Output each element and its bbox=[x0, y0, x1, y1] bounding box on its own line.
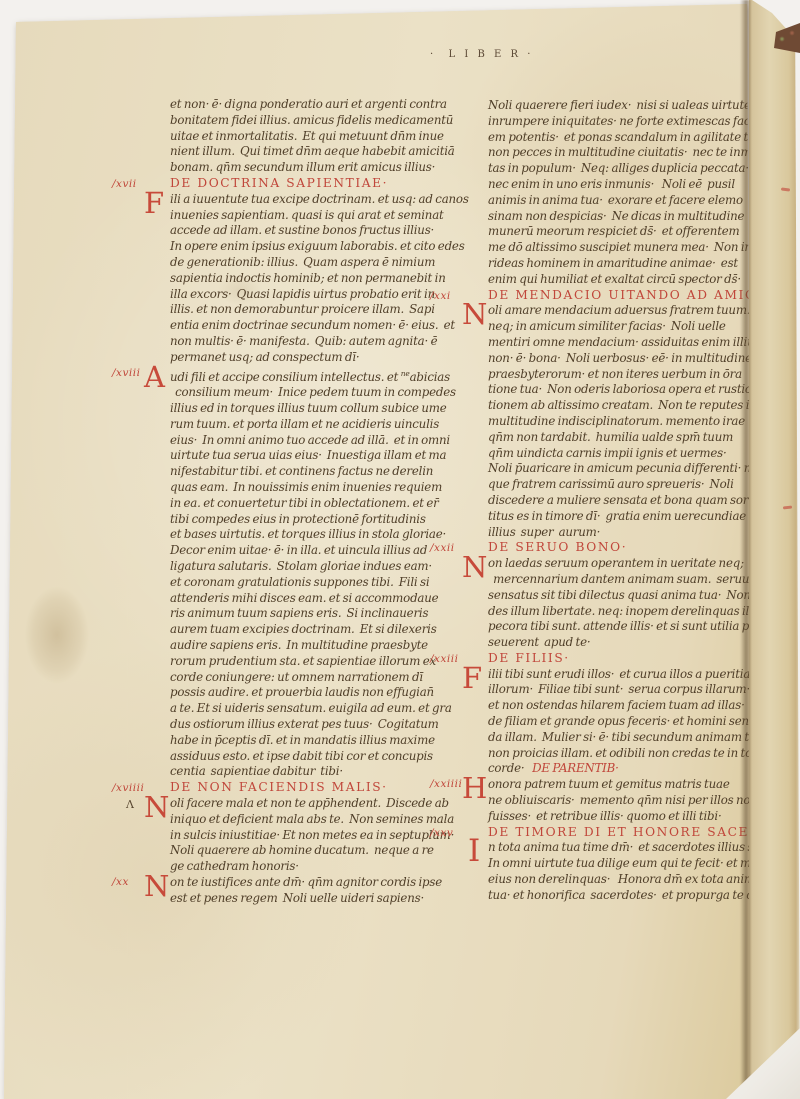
text-line: tas in populum· Neq: alliges duplicia pe… bbox=[488, 161, 758, 177]
text-line: qn̄m uindicta carnis impii ignis et uerm… bbox=[488, 446, 758, 462]
paragraph: Noli amare mendacium aduersus fratrem tu… bbox=[488, 303, 758, 540]
text-line: Decor enim uitae· ē· in illa. et uincula… bbox=[170, 543, 444, 559]
text-line: nient illum. Qui timet dn̄m aeque habebi… bbox=[170, 144, 444, 160]
text-line: eius non derelinquas· Honora dm̄ ex tota… bbox=[488, 872, 758, 888]
text-line: tibi compedes eius in protectionē fortit… bbox=[170, 512, 444, 528]
text-line: habe in p̄ceptis dī. et in mandatis illi… bbox=[170, 733, 444, 749]
margin-chapter-number: ∕xvii bbox=[112, 177, 137, 193]
text-line: illis. et non demorabuntur proicere illa… bbox=[170, 302, 444, 318]
margin-chapter-number: ∕xxv bbox=[430, 826, 453, 842]
text-line: de generationib: illius. Quam aspera ē n… bbox=[170, 255, 444, 271]
chapter-heading: ∕xviiiiDE NON FACIENDIS MALIS· bbox=[170, 780, 444, 796]
text-line: seuerent apud te· bbox=[488, 635, 758, 651]
margin-caret-mark: Λ bbox=[126, 798, 134, 811]
text-line: rideas hominem in amaritudine animae· es… bbox=[488, 256, 758, 272]
text-line: corde· DE PARENTIB· bbox=[488, 761, 758, 777]
paragraph: Noli quaerere fieri iudex· nisi si ualea… bbox=[488, 98, 758, 288]
text-line: non proicias illam. et odibili non creda… bbox=[488, 746, 758, 762]
text-line: n tota anima tua time dm̄· et sacerdotes… bbox=[488, 840, 758, 856]
text-line: et bases uirtutis. et torques illius in … bbox=[170, 527, 444, 543]
text-line: que fratrem carissimū auro spreueris· No… bbox=[488, 477, 758, 493]
text-line: bonam. qn̄m secundum illum erit amicus i… bbox=[170, 160, 444, 176]
drop-initial: F bbox=[144, 189, 164, 218]
running-header: · L I B E R · bbox=[430, 49, 533, 60]
chapter-heading: ∕xxiiiDE FILIIS· bbox=[488, 651, 758, 667]
paragraph: ∕xxNon te iustifices ante dm̄· qn̄m agni… bbox=[170, 875, 444, 907]
text-line: sinam non despicias· Ne dicas in multitu… bbox=[488, 209, 758, 225]
drop-initial: A bbox=[144, 363, 165, 392]
text-line: aurem tuam excipies doctrinam. Et si dil… bbox=[170, 622, 444, 638]
chapter-heading-text: DE FILIIS· bbox=[488, 651, 570, 665]
text-column-left: et non· ē· digna ponderatio auri et arge… bbox=[170, 97, 444, 907]
paragraph: ∕xviiiAudi fili et accipe consilium inte… bbox=[170, 366, 444, 781]
chapter-heading: ∕xxiDE MENDACIO UITANDO AD AMICUM· bbox=[488, 288, 758, 304]
margin-chapter-number: ∕xx bbox=[112, 876, 129, 888]
text-line: uitae et inmortalitatis. Et qui metuunt … bbox=[170, 129, 444, 145]
text-line: illius ed in torques illius tuum collum … bbox=[170, 401, 444, 417]
margin-chapter-number: ∕xxiiii bbox=[430, 778, 462, 790]
text-line: quas eam. In nouissimis enim inuenies re… bbox=[170, 480, 444, 496]
text-line: munerū meorum respiciet ds̄· et offerent… bbox=[488, 224, 758, 240]
text-line: me dō altissimo suscipiet munera mea· No… bbox=[488, 240, 758, 256]
text-line: entia enim doctrinae secundum nomen· ē· … bbox=[170, 318, 444, 334]
text-column-right: Noli quaerere fieri iudex· nisi si ualea… bbox=[488, 98, 758, 904]
text-line: bonitatem fidei illius. amicus fidelis m… bbox=[170, 113, 444, 129]
text-line: non pecces in multitudine ciuitatis· nec… bbox=[488, 145, 758, 161]
text-line: In omni uirtute tua dilige eum qui te fe… bbox=[488, 856, 758, 872]
text-line: mentiri omne mendacium· assiduitas enim … bbox=[488, 335, 758, 351]
text-line: ge cathedram honoris· bbox=[170, 859, 444, 875]
gutter-fold bbox=[740, 0, 751, 1099]
text-line: oli amare mendacium aduersus fratrem tuu… bbox=[488, 303, 758, 319]
text-line: ris animum tuum sapiens eris. Si inclina… bbox=[170, 606, 444, 622]
text-line: attenderis mihi disces eam. et si accomm… bbox=[170, 591, 444, 607]
text-line: permanet usq; ad conspectum dī· bbox=[170, 350, 444, 366]
drop-initial: N bbox=[462, 553, 487, 582]
text-line: de filiam et grande opus feceris· et hom… bbox=[488, 714, 758, 730]
paragraph: ∕xxiiiiHonora patrem tuum et gemitus mat… bbox=[488, 777, 758, 824]
text-line: et non ostendas hilarem faciem tuam ad i… bbox=[488, 698, 758, 714]
adjacent-page-edge bbox=[749, 0, 800, 1099]
text-line: possis audire. et prouerbia laudis non e… bbox=[170, 685, 444, 701]
text-line: accede ad illam. et sustine bonos fructu… bbox=[170, 223, 444, 239]
text-line: udi fili et accipe consilium intellectus… bbox=[170, 366, 444, 386]
text-line: praesbyterorum· et non iteres uerbum in … bbox=[488, 367, 758, 383]
text-line: on laedas seruum operantem in ueritate n… bbox=[488, 556, 758, 572]
text-line: Noli quaerere ab homine ducatum. neque a… bbox=[170, 843, 444, 859]
text-line: assiduus esto. et ipse dabit tibi cor et… bbox=[170, 749, 444, 765]
margin-chapter-number: ∕xxiii bbox=[430, 652, 458, 668]
drop-initial: H bbox=[462, 774, 487, 803]
text-line: nec enim in uno eris inmunis· Noli eē pu… bbox=[488, 177, 758, 193]
text-line: tionem ab altissimo creatam. Non te repu… bbox=[488, 398, 758, 414]
text-line: neq; in amicum similiter facias· Noli ue… bbox=[488, 319, 758, 335]
text-line: on te iustifices ante dm̄· qn̄m agnitor … bbox=[170, 875, 444, 891]
chapter-heading: ∕xxvDE TIMORE DI ET HONORE SACERDOTŪ bbox=[488, 825, 758, 841]
text-line: a te. Et si uideris sensatum. euigila ad… bbox=[170, 701, 444, 717]
text-line: enim qui humiliat et exaltat circū spect… bbox=[488, 272, 758, 288]
parchment-stain bbox=[14, 570, 100, 700]
margin-chapter-number: ∕xxii bbox=[430, 541, 455, 557]
text-line: illius super aurum· bbox=[488, 525, 758, 541]
interlinear-gloss: ne bbox=[401, 369, 410, 378]
paragraph: Fili a iuuentute tua excipe doctrinam. e… bbox=[170, 192, 444, 366]
text-line: tione tua· Non oderis laboriosa opera et… bbox=[488, 382, 758, 398]
text-line: non multis· ē· manifesta. Quib: autem ag… bbox=[170, 334, 444, 350]
margin-chapter-number: ∕xviiii bbox=[112, 781, 144, 797]
text-line: non· ē· bona· Noli uerbosus· eē· in mult… bbox=[488, 351, 758, 367]
adjacent-page-rubric-mark bbox=[783, 506, 792, 510]
paragraph: Non laedas seruum operantem in ueritate … bbox=[488, 556, 758, 651]
text-line: des illum libertate. neq: inopem derelin… bbox=[488, 604, 758, 620]
text-line: in ea. et conuertetur tibi in oblectatio… bbox=[170, 496, 444, 512]
text-line: in sulcis iniustitiae· Et non metes ea i… bbox=[170, 828, 444, 844]
adjacent-page-rubric-mark bbox=[781, 187, 790, 191]
drop-initial: N bbox=[144, 793, 169, 822]
text-line: discedere a muliere sensata et bona quam… bbox=[488, 493, 758, 509]
text-line: illorum· Filiae tibi sunt· serua corpus … bbox=[488, 682, 758, 698]
manuscript-page: · L I B E R · et non· ē· digna ponderati… bbox=[0, 0, 770, 1099]
text-line: consilium meum· Inice pedem tuum in comp… bbox=[170, 385, 444, 401]
text-line: dus ostiorum illius exterat pes tuus· Co… bbox=[170, 717, 444, 733]
chapter-heading: ∕xviiDE DOCTRINA SAPIENTIAE· bbox=[170, 176, 444, 192]
text-line: animis in anima tua· exorare et facere e… bbox=[488, 193, 758, 209]
text-line: audire sapiens eris. In multitudine prae… bbox=[170, 638, 444, 654]
text-line: fuisses· et retribue illis· quomo et ill… bbox=[488, 809, 758, 825]
chapter-heading-text: DE SERUO BONO· bbox=[488, 540, 627, 554]
drop-initial: F bbox=[462, 664, 482, 693]
inline-rubric: DE PARENTIB· bbox=[532, 761, 619, 775]
drop-initial: I bbox=[468, 837, 478, 866]
text-line: pecora tibi sunt. attende illis· et si s… bbox=[488, 619, 758, 635]
text-line: ne obliuiscaris· memento qn̄m nisi per i… bbox=[488, 793, 758, 809]
text-line: centia sapientiae dabitur tibi· bbox=[170, 764, 444, 780]
chapter-heading-text: DE DOCTRINA SAPIENTIAE· bbox=[170, 176, 388, 190]
text-line: rum tuum. et porta illam et ne acidieris… bbox=[170, 417, 444, 433]
text-line: multitudine indisciplinatorum. memento i… bbox=[488, 414, 758, 430]
page-wrap: · L I B E R · et non· ē· digna ponderati… bbox=[0, 0, 800, 1099]
text-line: rorum prudentium sta. et sapientiae illo… bbox=[170, 654, 444, 670]
text-line: iniquo et deficient mala abs te. Non sem… bbox=[170, 812, 444, 828]
text-line: ilii tibi sunt erudi illos· et curua ill… bbox=[488, 667, 758, 683]
chapter-heading: ∕xxiiDE SERUO BONO· bbox=[488, 540, 758, 556]
text-line: onora patrem tuum et gemitus matris tuae bbox=[488, 777, 758, 793]
text-line: In opere enim ipsius exiguum laborabis. … bbox=[170, 239, 444, 255]
text-line: Noli p̄uaricare in amicum pecunia differ… bbox=[488, 461, 758, 477]
chapter-heading-text: DE NON FACIENDIS MALIS· bbox=[170, 780, 388, 794]
text-line: qn̄m non tardabit. humilia ualde spm̄ tu… bbox=[488, 430, 758, 446]
text-line: ligatura salutaris. Stolam gloriae indue… bbox=[170, 559, 444, 575]
text-line: da illam. Mulier si· ē· tibi secundum an… bbox=[488, 730, 758, 746]
text-line: nifestabitur tibi. et continens factus n… bbox=[170, 464, 444, 480]
text-line: et coronam gratulationis suppones tibi. … bbox=[170, 575, 444, 591]
text-line: Noli quaerere fieri iudex· nisi si ualea… bbox=[488, 98, 758, 114]
drop-initial: N bbox=[144, 872, 169, 901]
text-line: sensatus sit tibi dilectus quasi anima t… bbox=[488, 588, 758, 604]
text-line: uirtute tua serua uias eius· Inuestiga i… bbox=[170, 448, 444, 464]
margin-chapter-number: ∕xxi bbox=[430, 289, 451, 305]
text-line: mercennarium dantem animam suam. seruus bbox=[488, 572, 758, 588]
text-line: inuenies sapientiam. quasi is qui arat e… bbox=[170, 208, 444, 224]
text-line: sapientia indoctis hominib; et non perma… bbox=[170, 271, 444, 287]
paragraph: In tota anima tua time dm̄· et sacerdote… bbox=[488, 840, 758, 903]
text-line: oli facere mala et non te app̄hendent. D… bbox=[170, 796, 444, 812]
text-line: et non· ē· digna ponderatio auri et arge… bbox=[170, 97, 444, 113]
paragraph: et non· ē· digna ponderatio auri et arge… bbox=[170, 97, 444, 176]
paragraph: Filii tibi sunt erudi illos· et curua il… bbox=[488, 667, 758, 778]
text-line: corde coniungere: ut omnem narrationem d… bbox=[170, 670, 444, 686]
text-line: ili a iuuentute tua excipe doctrinam. et… bbox=[170, 192, 444, 208]
drop-initial: N bbox=[462, 300, 487, 329]
text-line: est et penes regem Noli uelle uideri sap… bbox=[170, 891, 444, 907]
paragraph: ΛNoli facere mala et non te app̄hendent.… bbox=[170, 796, 444, 875]
text-line: eius· In omni animo tuo accede ad illā. … bbox=[170, 433, 444, 449]
text-line: inrumpere iniquitates· ne forte extimesc… bbox=[488, 114, 758, 130]
text-line: titus es in timore dī· gratia enim uerec… bbox=[488, 509, 758, 525]
text-line: tua· et honorifica sacerdotes· et propur… bbox=[488, 888, 758, 904]
text-line: em potentis· et ponas scandalum in agili… bbox=[488, 130, 758, 146]
margin-chapter-number: ∕xviii bbox=[112, 367, 140, 379]
text-line: illa excors· Quasi lapidis uirtus probat… bbox=[170, 287, 444, 303]
